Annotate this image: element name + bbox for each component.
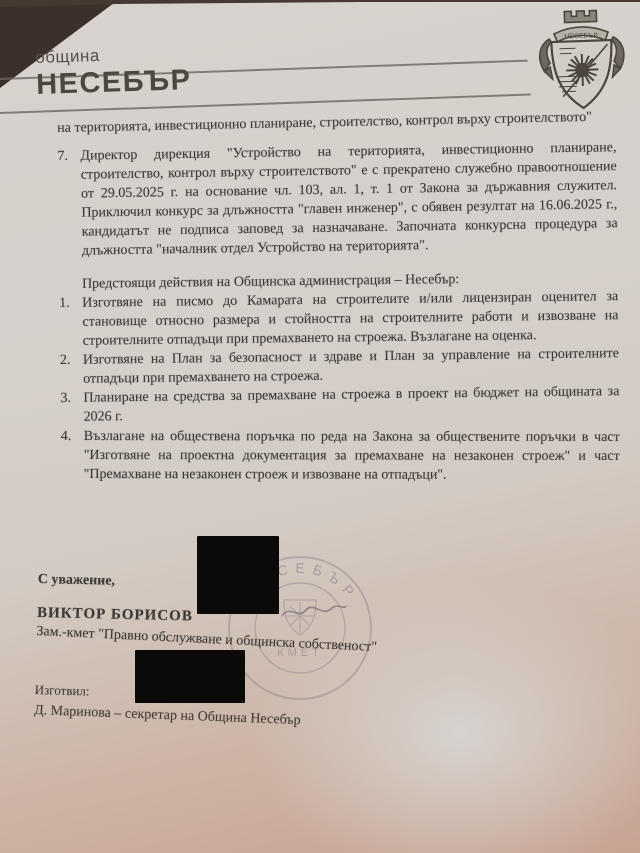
item-text: Възлагане на обществена поръчка по реда … xyxy=(84,427,620,485)
continuation-paragraph: на територията, инвестиционно планиране,… xyxy=(57,107,616,138)
letterhead: община НЕСЕБЪР xyxy=(35,43,192,102)
nessebar-coat-of-arms-icon: НЕСЕБЪР xyxy=(534,6,630,115)
action-item-4: 4. Възлагане на обществена поръчка по ре… xyxy=(61,427,620,485)
item-number: 1. xyxy=(59,294,82,313)
item-text: Изготвяне на писмо до Камарата на строит… xyxy=(82,287,619,351)
item-number: 4. xyxy=(61,427,84,446)
item-text: Директор дирекция "Устройство на територ… xyxy=(80,138,618,260)
action-item-3: 3. Планиране на средства за премахване н… xyxy=(60,382,619,427)
redaction-box xyxy=(197,536,279,614)
redaction-box xyxy=(135,650,245,703)
item-number: 3. xyxy=(60,389,83,408)
document-body: на територията, инвестиционно планиране,… xyxy=(57,112,620,484)
action-item-1: 1. Изготвяне на писмо до Камарата на стр… xyxy=(59,287,619,351)
item-number: 2. xyxy=(60,351,83,370)
emblem-banner-text: НЕСЕБЪР xyxy=(564,32,599,40)
item-text: Планиране на средства за премахване на с… xyxy=(83,382,619,427)
municipality-name: НЕСЕБЪР xyxy=(36,64,192,102)
item-text: Изготвяне на План за безопасност и здрав… xyxy=(83,344,619,389)
document-page: община НЕСЕБЪР xyxy=(0,0,640,853)
item-number: 7. xyxy=(57,147,80,166)
numbered-item-7: 7. Директор дирекция "Устройство на тери… xyxy=(57,138,618,261)
